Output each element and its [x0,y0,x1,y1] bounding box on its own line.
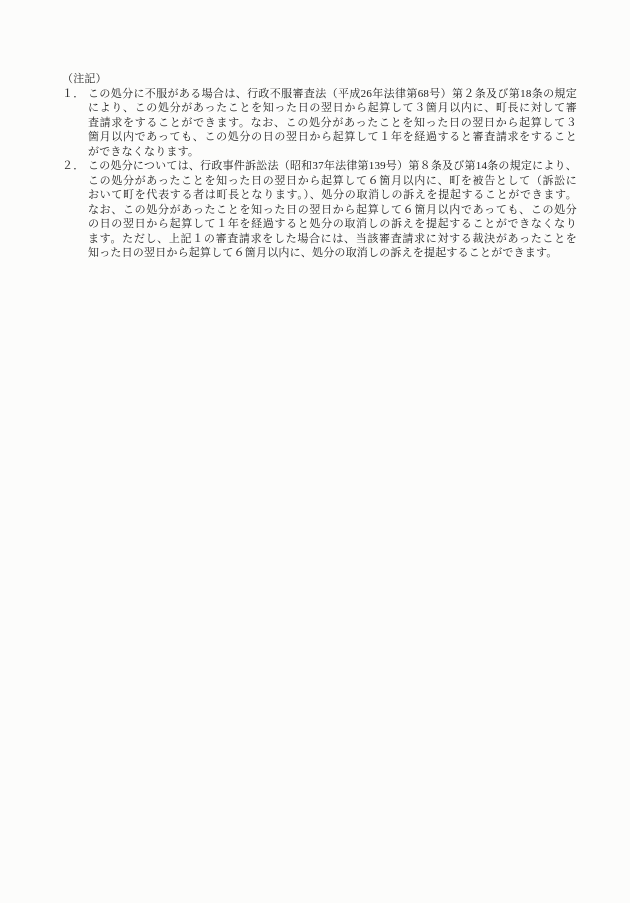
document-body: （注記） １． この処分に不服がある場合は、行政不服審査法（平成26年法律第68… [62,72,577,261]
note-item-1: １． この処分に不服がある場合は、行政不服審査法（平成26年法律第68号）第２条… [62,87,577,160]
note-item-2: ２． この処分については、行政事件訴訟法（昭和37年法律第139号）第８条及び第… [62,159,577,261]
note-line: 知った日の翌日から起算して６箇月以内に、処分の取消しの訴えを提起することができま… [88,246,577,261]
note-line: の日の翌日から起算して１年を経過すると処分の取消しの訴えを提起することができなく… [88,217,577,232]
note-item-2-text: この処分については、行政事件訴訟法（昭和37年法律第139号）第８条及び第14条… [88,159,577,261]
note-line: この処分については、行政事件訴訟法（昭和37年法律第139号）第８条及び第14条… [88,159,577,174]
note-item-1-text: この処分に不服がある場合は、行政不服審査法（平成26年法律第68号）第２条及び第… [88,87,577,160]
note-line: により、この処分があったことを知った日の翌日から起算して３箇月以内に、町長に対し… [88,101,577,116]
document-page: （注記） １． この処分に不服がある場合は、行政不服審査法（平成26年法律第68… [0,0,630,903]
note-line: 箇月以内であっても、この処分の日の翌日から起算して１年を経過すると審査請求をする… [88,130,577,145]
note-line: この処分に不服がある場合は、行政不服審査法（平成26年法律第68号）第２条及び第… [88,87,577,102]
note-item-1-number: １． [62,87,88,102]
note-line: ができなくなります。 [88,145,577,160]
note-item-2-number: ２． [62,159,88,174]
note-line: おいて町を代表する者は町長となります。）、処分の取消しの訴えを提起することができ… [88,188,577,203]
note-line: 査請求をすることができます。なお、この処分があったことを知った日の翌日から起算し… [88,116,577,131]
note-header: （注記） [62,72,577,87]
note-line: なお、この処分があったことを知った日の翌日から起算して６箇月以内であっても、この… [88,203,577,218]
note-line: ます。ただし、上記１の審査請求をした場合には、当該審査請求に対する裁決があったこ… [88,232,577,247]
note-line: この処分があったことを知った日の翌日から起算して６箇月以内に、町を被告として（訴… [88,174,577,189]
